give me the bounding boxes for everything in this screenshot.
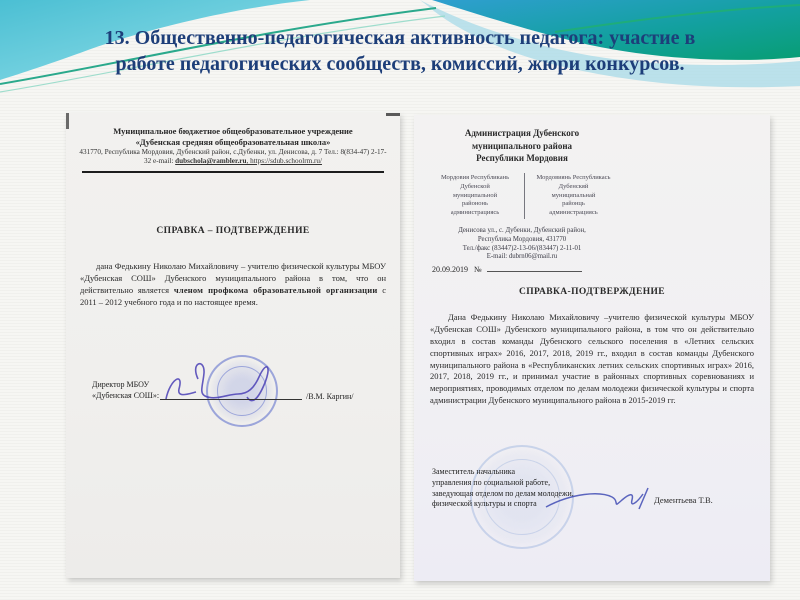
right-doc-date: 20.09.2019 bbox=[432, 265, 468, 274]
left-doc-sign-name: /В.М. Каргин/ bbox=[306, 392, 354, 403]
signature-scrawl-icon bbox=[542, 483, 654, 515]
number-blank-line bbox=[487, 262, 582, 272]
right-doc-col-erzya: Мордовия Республикань Дубенской муниципа… bbox=[426, 173, 524, 219]
left-doc-body: дана Федькину Николаю Михайловичу – учит… bbox=[80, 260, 386, 308]
slide-title-line1: 13. Общественно-педагогическая активност… bbox=[0, 25, 800, 51]
right-doc-org-name: Администрация Дубенского муниципального … bbox=[422, 127, 622, 165]
left-doc-org-line2: «Дубенская средняя общеобразовательная ш… bbox=[66, 137, 400, 148]
right-doc-signature-block: Заместитель начальника управления по соц… bbox=[414, 455, 770, 581]
left-doc-sign-label1: Директор МБОУ bbox=[92, 380, 149, 391]
left-doc-address: 431770, Республика Мордовия, Дубенский р… bbox=[76, 148, 390, 166]
document-left-scan: Муниципальное бюджетное общеобразователь… bbox=[66, 113, 400, 578]
slide-title-line2: работе педагогических сообществ, комисси… bbox=[0, 51, 800, 77]
left-doc-heading: СПРАВКА – ПОДТВЕРЖДЕНИЕ bbox=[66, 226, 400, 236]
left-doc-email: dubschola@rambler.ru bbox=[175, 157, 246, 165]
letterhead-divider-line bbox=[82, 171, 384, 173]
slide-title: 13. Общественно-педагогическая активност… bbox=[0, 25, 800, 77]
right-doc-bilingual-block: Мордовия Республикань Дубенской муниципа… bbox=[426, 173, 622, 219]
signature-line bbox=[160, 391, 302, 400]
signature-scrawl-icon bbox=[158, 355, 284, 409]
left-doc-sign-label2: «Дубенская СОШ»: bbox=[92, 391, 159, 402]
left-doc-org-line1: Муниципальное бюджетное общеобразователь… bbox=[66, 126, 400, 137]
right-doc-address: Денисова ул., с. Дубенки, Дубенский райо… bbox=[422, 227, 622, 262]
right-doc-col-moksha: Мордовиянь Республикась Дубенскяй муници… bbox=[524, 173, 622, 219]
right-doc-date-line: 20.09.2019 № bbox=[432, 262, 582, 274]
scan-edge-artifact bbox=[386, 113, 400, 116]
left-doc-signature-block: Директор МБОУ «Дубенская СОШ»: /В.М. Кар… bbox=[66, 353, 400, 473]
document-right-scan: Администрация Дубенского муниципального … bbox=[414, 115, 770, 581]
right-doc-number-label: № bbox=[474, 265, 482, 274]
right-doc-sign-name: Дементьева Т.В. bbox=[654, 495, 713, 505]
left-doc-site: , https://sdub.schoolrm.ru/ bbox=[247, 157, 322, 165]
right-doc-heading: СПРАВКА-ПОДТВЕРЖДЕНИЕ bbox=[414, 287, 770, 297]
right-doc-body: Дана Федькину Николаю Михайловичу –учите… bbox=[430, 312, 754, 407]
left-doc-body-bold: членом профкома образовательной организа… bbox=[174, 285, 378, 295]
left-doc-org-name: Муниципальное бюджетное общеобразователь… bbox=[66, 126, 400, 147]
